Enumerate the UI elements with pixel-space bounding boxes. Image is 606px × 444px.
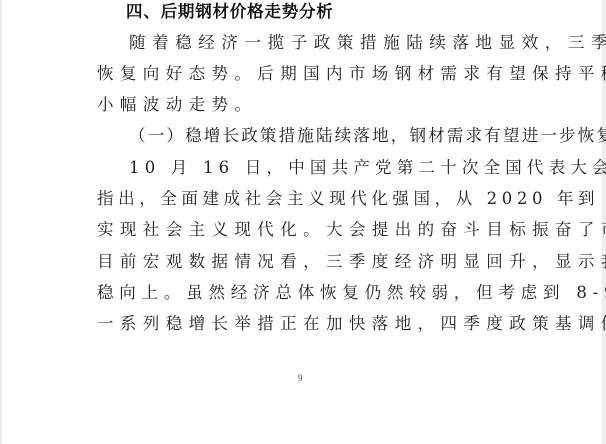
section-heading: 四、后期钢材价格走势分析 <box>126 0 546 24</box>
body-line: 10 月 16 日，中国共产党第二十次全国代表大会召开。大会 <box>129 156 549 180</box>
body-line: 稳向上。虽然经济总体恢复仍然较弱，但考虑到 8-9 月份出台了 <box>97 281 517 305</box>
body-line: 一系列稳增长举措正在加快落地，四季度政策基调仍是继续抓已 <box>97 312 517 336</box>
body-line: 目前宏观数据情况看，三季度经济明显回升，显示我国经济正回 <box>97 250 517 274</box>
paragraph-line: 小幅波动走势。 <box>97 93 517 117</box>
body-line: 指出，全面建成社会主义现代化强国，从 2020 年到 2035 年基本 <box>97 187 517 211</box>
paragraph-line: 随着稳经济一揽子政策措施陆续落地显效，三季度国民经济 <box>129 31 549 55</box>
page-number: 9 <box>298 373 303 383</box>
paragraph-line: 恢复向好态势。后期国内市场钢材需求有望保持平稳，钢价将呈 <box>97 62 517 86</box>
body-line: 实现社会主义现代化。大会提出的奋斗目标振奋了市场信心。从 <box>97 218 517 242</box>
subsection-heading: （一）稳增长政策措施陆续落地，钢材需求有望进一步恢复 <box>129 124 549 148</box>
document-page: 四、后期钢材价格走势分析 随着稳经济一揽子政策措施陆续落地显效，三季度国民经济 … <box>2 0 602 444</box>
